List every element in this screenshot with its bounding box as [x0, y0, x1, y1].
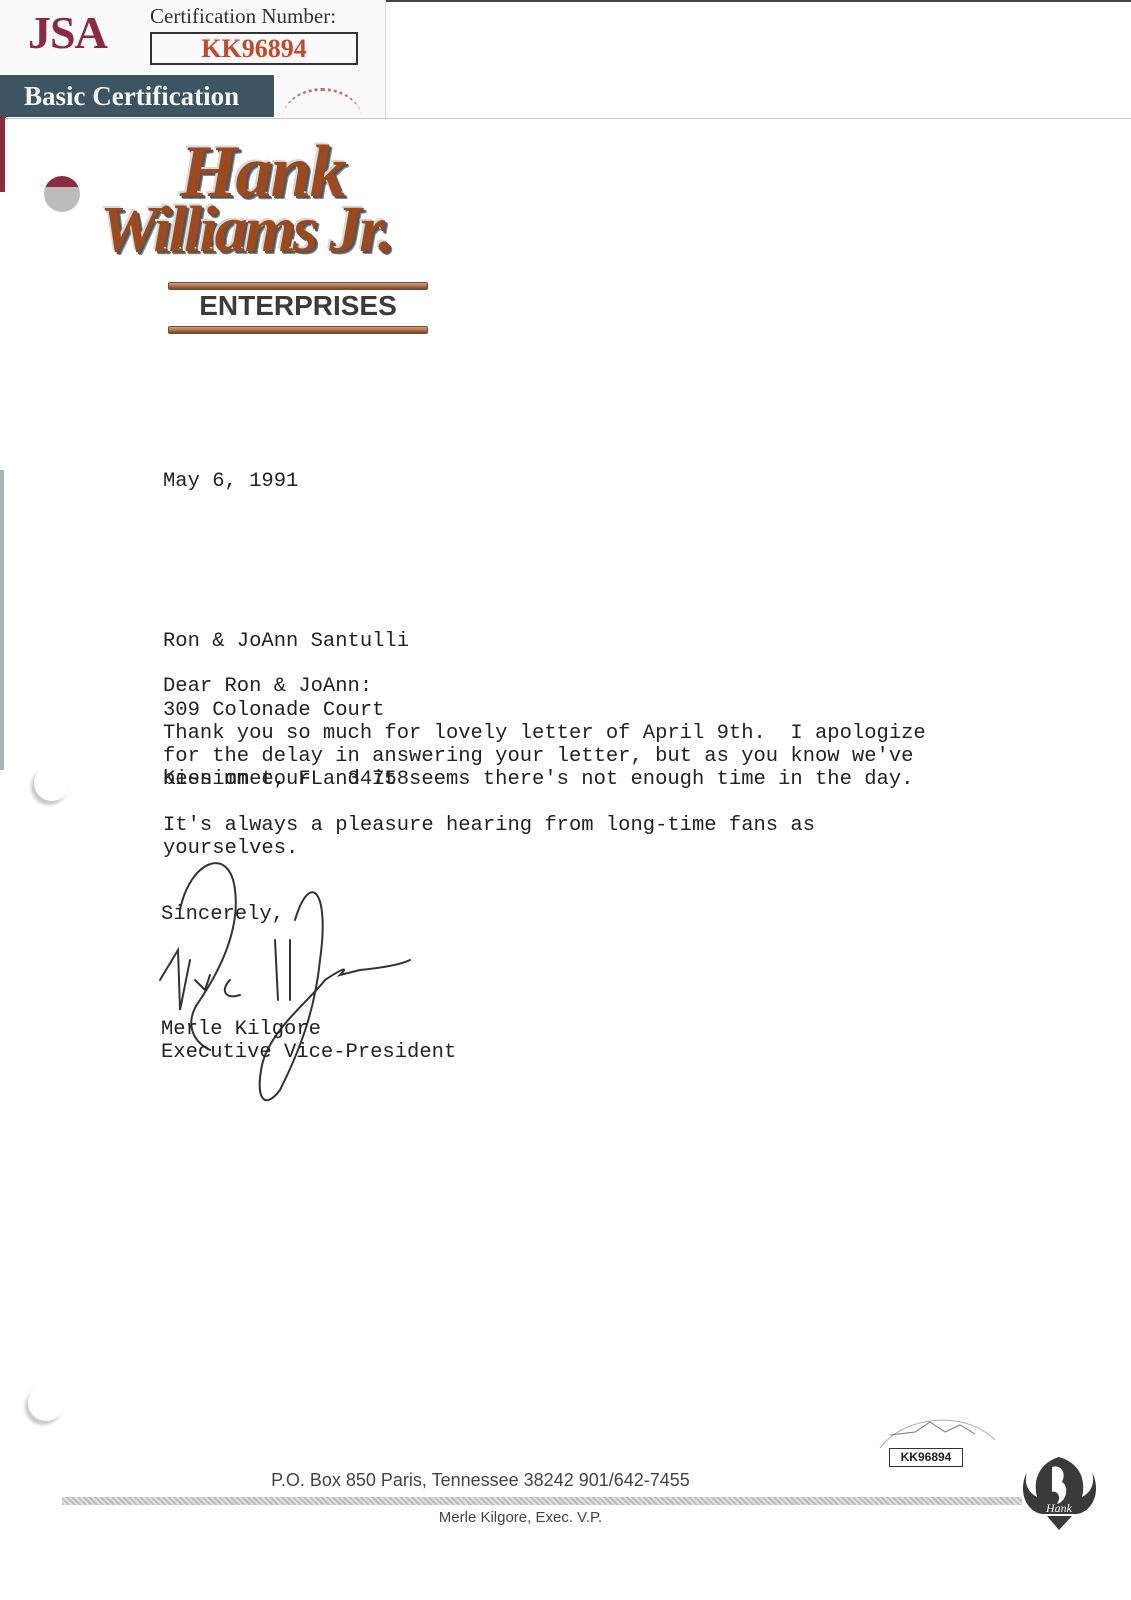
signer-title: Executive Vice-President: [161, 1041, 456, 1064]
footer-rule: [62, 1497, 1022, 1505]
emblem-text: Hank: [1045, 1501, 1073, 1515]
sticker-number: KK96894: [889, 1448, 963, 1467]
background-edge: [385, 0, 1131, 2]
recipient-name: Ron & JoAnn Santulli: [163, 630, 409, 653]
footer-address: P.O. Box 850 Paris, Tennessee 38242 901/…: [0, 1470, 1131, 1491]
certification-label: Certification Number:: [150, 4, 336, 29]
sticker-signature-icon: [875, 1410, 1000, 1450]
logo-enterprises-text: ENTERPRISES: [168, 290, 428, 322]
recipient-street: 309 Colonade Court: [163, 699, 409, 722]
background-edge-strip: [0, 470, 4, 770]
paragraph-1: Thank you so much for lovely letter of A…: [163, 722, 926, 791]
certification-number: KK96894: [150, 32, 358, 65]
punch-hole-icon: [34, 765, 70, 801]
punch-hole-icon: [44, 176, 80, 212]
letter-date: May 6, 1991: [163, 470, 298, 493]
logo-rule: [168, 282, 428, 290]
jsa-authentication-sticker: KK96894: [875, 1410, 1000, 1470]
salutation: Dear Ron & JoAnn:: [163, 675, 372, 698]
signer-name: Merle Kilgore: [161, 1018, 321, 1041]
logo-rule: [168, 326, 428, 334]
handwritten-signature: [150, 850, 430, 1120]
logo-williams-text: Williams Jr.: [100, 192, 392, 268]
basic-certification-banner: Basic Certification: [0, 75, 274, 117]
footer-name: Merle Kilgore, Exec. V.P.: [0, 1509, 1131, 1526]
jsa-certificate-card: JSA Certification Number: KK96894 Basic …: [0, 0, 386, 125]
punch-hole-icon: [28, 1385, 64, 1421]
letterhead-logo: Hank Williams Jr. ENTERPRISES: [100, 130, 490, 340]
hank-emblem-icon: Hank: [1022, 1452, 1097, 1532]
jsa-logo: JSA: [28, 6, 107, 59]
